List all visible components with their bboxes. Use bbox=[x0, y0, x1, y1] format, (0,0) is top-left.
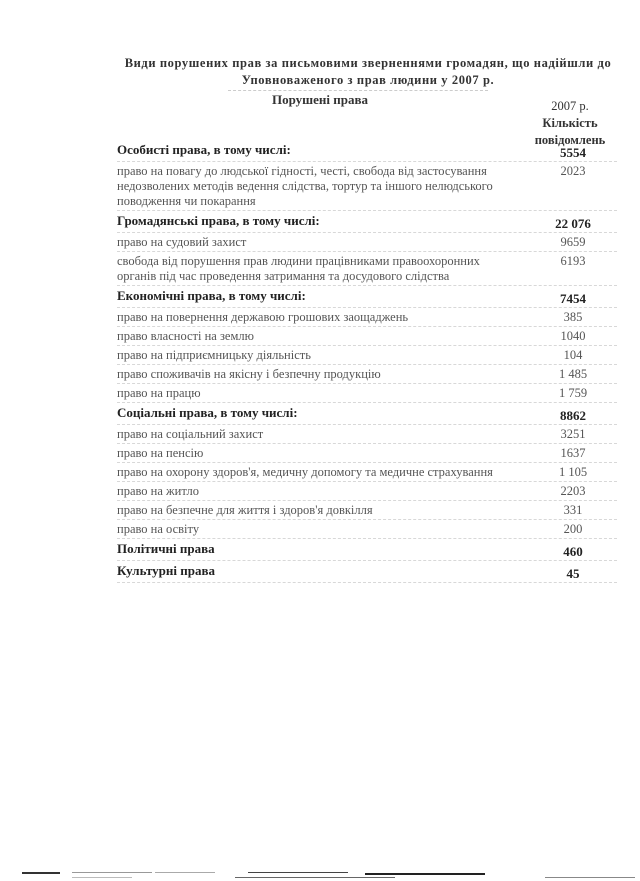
row-label: Особисті права, в тому числі: bbox=[117, 142, 517, 157]
row-value: 331 bbox=[517, 503, 617, 518]
item-row: право на працю1 759 bbox=[117, 384, 617, 403]
row-label: Політичні права bbox=[117, 541, 517, 556]
row-value: 1 485 bbox=[517, 367, 617, 382]
category-row: Культурні права45 bbox=[117, 561, 617, 583]
item-row: право на повернення державою грошових за… bbox=[117, 308, 617, 327]
row-label: Економічні права, в тому числі: bbox=[117, 288, 517, 303]
row-label: Громадянські права, в тому числі: bbox=[117, 213, 517, 228]
title-divider bbox=[228, 90, 488, 91]
row-label: право на повагу до людської гідності, че… bbox=[117, 164, 517, 209]
row-label: право на житло bbox=[117, 484, 517, 499]
row-value: 385 bbox=[517, 310, 617, 325]
row-value: 2203 bbox=[517, 484, 617, 499]
column-header-rights: Порушені права bbox=[272, 92, 368, 108]
item-row: право на безпечне для життя і здоров'я д… bbox=[117, 501, 617, 520]
row-label: право на судовий захист bbox=[117, 235, 517, 250]
item-row: право на судовий захист9659 bbox=[117, 233, 617, 252]
item-row: право на підприємницьку діяльність104 bbox=[117, 346, 617, 365]
row-label: право споживачів на якісну і безпечну пр… bbox=[117, 367, 517, 382]
category-row: Політичні права460 bbox=[117, 539, 617, 561]
row-label: право на працю bbox=[117, 386, 517, 401]
row-label: право власності на землю bbox=[117, 329, 517, 344]
row-value: 6193 bbox=[517, 254, 617, 269]
row-label: Культурні права bbox=[117, 563, 517, 578]
row-value: 200 bbox=[517, 522, 617, 537]
row-value: 104 bbox=[517, 348, 617, 363]
row-value: 1 759 bbox=[517, 386, 617, 401]
row-value: 1637 bbox=[517, 446, 617, 461]
item-row: право на освіту200 bbox=[117, 520, 617, 539]
row-label: право на пенсію bbox=[117, 446, 517, 461]
row-label: право на безпечне для життя і здоров'я д… bbox=[117, 503, 517, 518]
row-value: 5554 bbox=[517, 142, 617, 160]
row-value: 3251 bbox=[517, 427, 617, 442]
item-row: право споживачів на якісну і безпечну пр… bbox=[117, 365, 617, 384]
row-label: право на охорону здоров'я, медичну допом… bbox=[117, 465, 517, 480]
item-row: свобода від порушення прав людини праців… bbox=[117, 252, 617, 286]
category-row: Громадянські права, в тому числі:22 076 bbox=[117, 211, 617, 233]
category-row: Соціальні права, в тому числі:8862 bbox=[117, 403, 617, 425]
column-header-count-line1: Кількість bbox=[520, 115, 620, 132]
item-row: право на охорону здоров'я, медичну допом… bbox=[117, 463, 617, 482]
item-row: право на житло2203 bbox=[117, 482, 617, 501]
row-value: 1 105 bbox=[517, 465, 617, 480]
violations-table: Особисті права, в тому числі:5554право н… bbox=[117, 140, 617, 583]
row-label: Соціальні права, в тому числі: bbox=[117, 405, 517, 420]
row-value: 45 bbox=[517, 563, 617, 581]
title-line-1: Види порушених прав за письмовими зверне… bbox=[118, 55, 618, 72]
item-row: право власності на землю1040 bbox=[117, 327, 617, 346]
row-label: право на підприємницьку діяльність bbox=[117, 348, 517, 363]
document-title: Види порушених прав за письмовими зверне… bbox=[118, 55, 618, 89]
row-value: 1040 bbox=[517, 329, 617, 344]
category-row: Економічні права, в тому числі:7454 bbox=[117, 286, 617, 308]
row-label: право на освіту bbox=[117, 522, 517, 537]
row-value: 22 076 bbox=[517, 213, 617, 231]
row-label: право на соціальний захист bbox=[117, 427, 517, 442]
item-row: право на повагу до людської гідності, че… bbox=[117, 162, 617, 211]
row-value: 460 bbox=[517, 541, 617, 559]
row-value: 7454 bbox=[517, 288, 617, 306]
item-row: право на соціальний захист3251 bbox=[117, 425, 617, 444]
title-line-2: Уповноваженого з прав людини у 2007 р. bbox=[118, 72, 618, 89]
column-header-year: 2007 р. bbox=[520, 98, 620, 115]
scan-artifacts bbox=[0, 868, 640, 880]
row-value: 9659 bbox=[517, 235, 617, 250]
row-value: 8862 bbox=[517, 405, 617, 423]
item-row: право на пенсію1637 bbox=[117, 444, 617, 463]
row-value: 2023 bbox=[517, 164, 617, 179]
row-label: свобода від порушення прав людини праців… bbox=[117, 254, 517, 284]
row-label: право на повернення державою грошових за… bbox=[117, 310, 517, 325]
category-row: Особисті права, в тому числі:5554 bbox=[117, 140, 617, 162]
